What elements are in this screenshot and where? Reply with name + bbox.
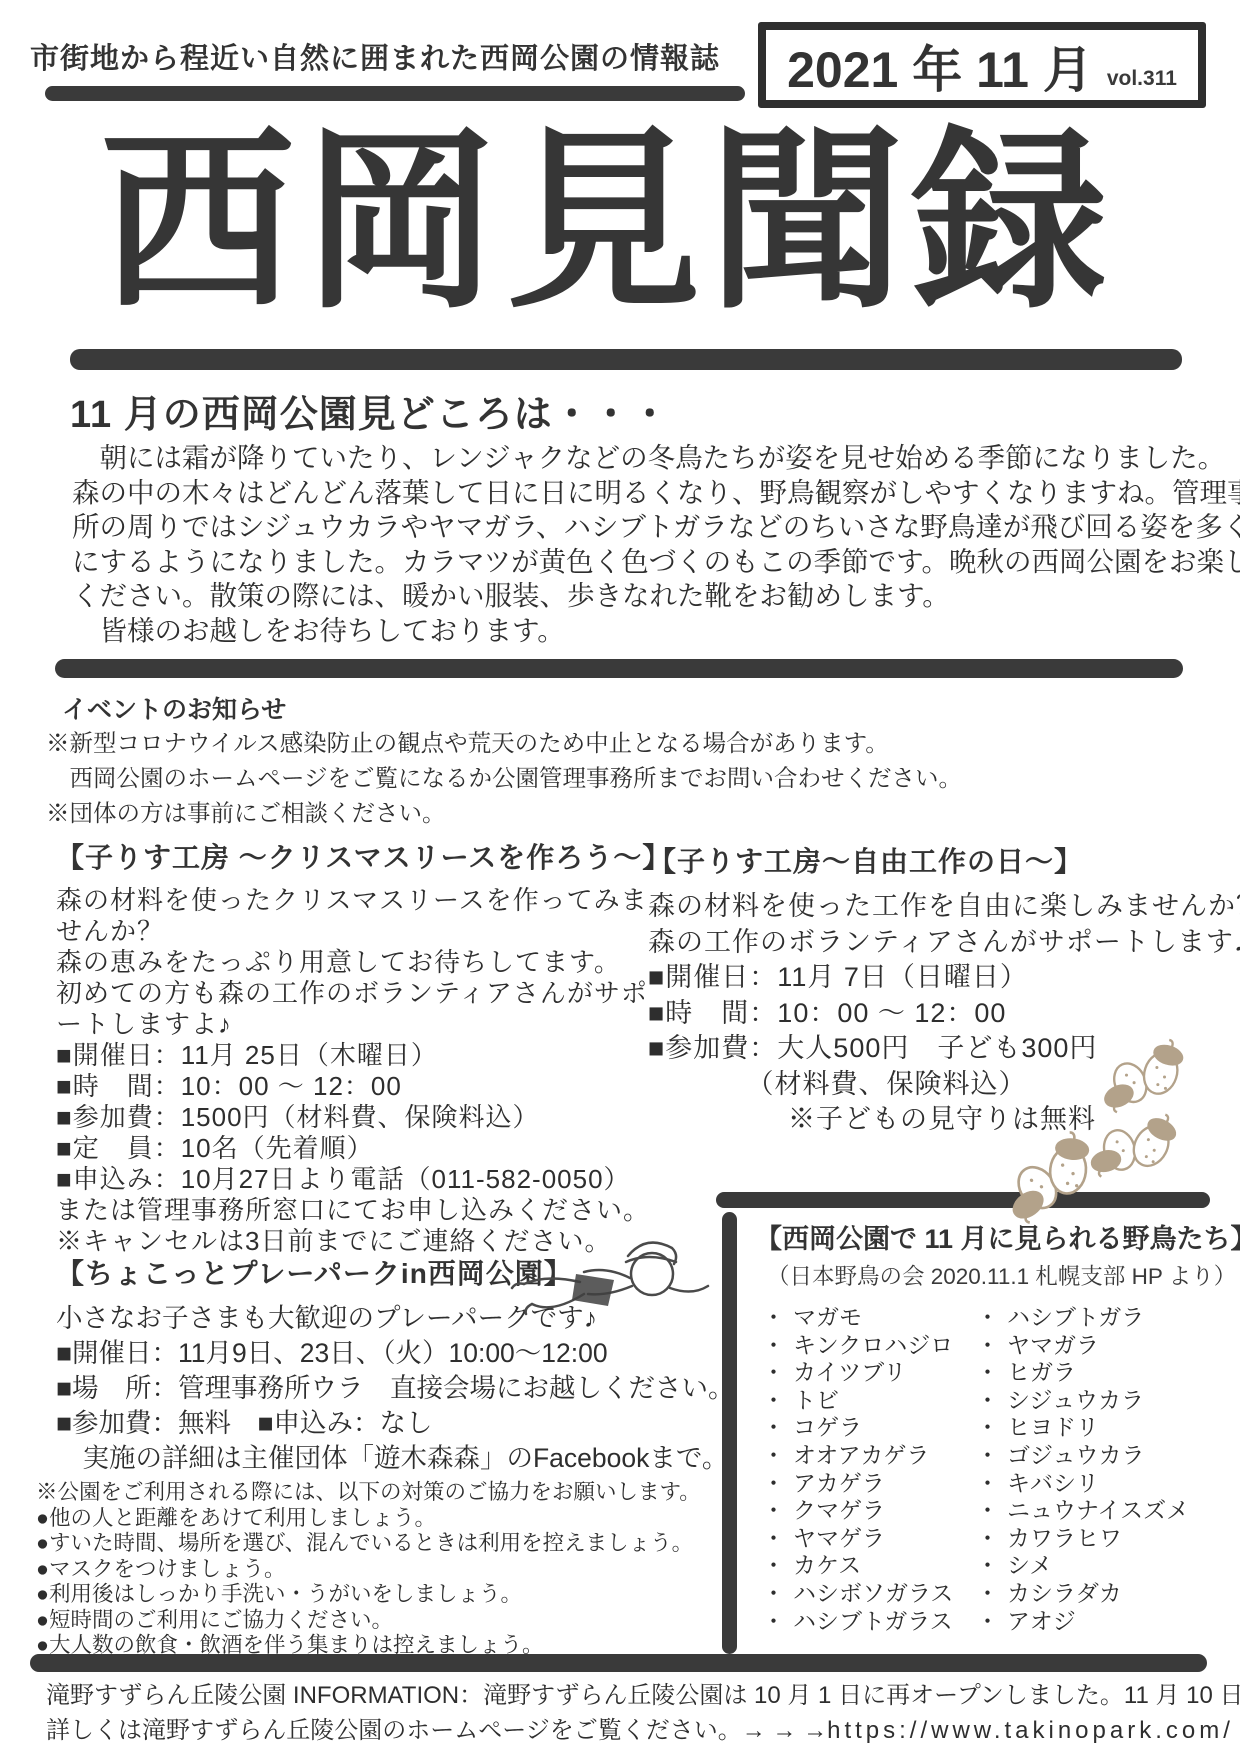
bullet-icon: ・ bbox=[762, 1332, 785, 1358]
bullet-icon: ・ bbox=[762, 1442, 785, 1468]
bullet-icon: ・ bbox=[762, 1608, 785, 1634]
event-detail-line: ■時 間：10：00 ～ 12：00 bbox=[648, 996, 1238, 1032]
bird-name: カシラダカ bbox=[1007, 1580, 1122, 1606]
events-notice-notes: ※新型コロナウイルス感染防止の観点や荒天のため中止となる場合があります。 西岡公… bbox=[46, 726, 962, 831]
bullet-icon: ・ bbox=[762, 1497, 785, 1523]
tagline-underline-rule bbox=[45, 86, 745, 101]
bird-column-left: ・マガモ ・キンクロハジロ ・カイツブリ ・トビ ・コゲラ ・オオアカゲラ ・ア… bbox=[762, 1304, 976, 1635]
bullet-icon: ・ bbox=[976, 1332, 999, 1358]
bird-name: ヤマガラ bbox=[1007, 1332, 1099, 1358]
bullet-icon: ・ bbox=[976, 1304, 999, 1330]
bird-list-item: ・クマゲラ bbox=[762, 1497, 976, 1525]
bird-list-item: ・カイツブリ bbox=[762, 1359, 976, 1387]
park-guideline-item: ●短時間のご利用にご協力ください。 bbox=[36, 1608, 656, 1634]
footer-info-line: 滝野すずらん丘陵公園 INFORMATION：滝野すずらん丘陵公園は 10 月 … bbox=[46, 1678, 1216, 1713]
bird-list-item: ・ヤマゲラ bbox=[762, 1525, 976, 1553]
bird-name: アオジ bbox=[1007, 1608, 1076, 1634]
bird-list-item: ・キンクロハジロ bbox=[762, 1332, 976, 1360]
highlights-line: にするようになりました。カラマツが黄色く色づくのもこの季節です。晩秋の西岡公園を… bbox=[72, 545, 1202, 580]
event-detail-line: ■開催日：11月 25日（木曜日） bbox=[56, 1040, 616, 1071]
bird-list-item: ・ハシボソガラス bbox=[762, 1580, 976, 1608]
bird-name: カケス bbox=[793, 1552, 861, 1578]
bird-name: コゲラ bbox=[793, 1414, 862, 1440]
bird-list-item: ・ハシブトガラス bbox=[762, 1608, 976, 1636]
bullet-icon: ・ bbox=[762, 1470, 785, 1496]
bird-name: ゴジュウカラ bbox=[1007, 1442, 1145, 1468]
footer-information: 滝野すずらん丘陵公園 INFORMATION：滝野すずらん丘陵公園は 10 月 … bbox=[46, 1678, 1216, 1748]
bird-name: カワラヒワ bbox=[1007, 1525, 1122, 1551]
bird-box-title: 【西岡公園で 11 月に見られる野鳥たち】 bbox=[755, 1222, 1225, 1256]
events-notice-heading: イベントのお知らせ bbox=[62, 690, 286, 726]
event-detail-line: ■場 所：管理事務所ウラ 直接会場にお越しください。 bbox=[56, 1371, 676, 1406]
bird-list-item: ・アオジ bbox=[976, 1608, 1206, 1636]
event-detail-line: ■開催日：11月9日、23日、（火）10:00～12:00 bbox=[56, 1336, 676, 1371]
event-detail-line: ■定 員：10名（先着順） bbox=[56, 1133, 616, 1164]
event-detail-line: ■参加費：無料 ■申込み：なし bbox=[56, 1406, 676, 1441]
bullet-icon: ・ bbox=[976, 1470, 999, 1496]
bird-name: アカゲラ bbox=[793, 1470, 885, 1496]
bird-list-item: ・シジュウカラ bbox=[976, 1387, 1206, 1415]
event-detail-line: 森の材料を使ったクリスマスリースを作ってみま bbox=[56, 885, 616, 916]
bird-list-item: ・オオアカゲラ bbox=[762, 1442, 976, 1470]
park-guidelines-intro: ※公園をご利用される際には、以下の対策のご協力をお願いします。 bbox=[36, 1480, 656, 1506]
bird-list-item: ・ヒガラ bbox=[976, 1359, 1206, 1387]
highlights-line: 所の周りではシジュウカラやヤマガラ、ハシブトガラなどのちいさな野鳥達が飛び回る姿… bbox=[72, 510, 1202, 545]
event-detail-line: ■開催日：11月 7日（日曜日） bbox=[648, 960, 1238, 996]
highlights-paragraph: 朝には霜が降りていたり、レンジャクなどの冬鳥たちが姿を見せ始める季節になりました… bbox=[72, 441, 1202, 648]
bird-name: カイツブリ bbox=[793, 1359, 906, 1385]
event-detail-line: ートしますよ♪ bbox=[56, 1009, 616, 1040]
bird-list-item: ・ヒヨドリ bbox=[976, 1414, 1206, 1442]
bird-name: ニュウナイスズメ bbox=[1007, 1497, 1189, 1523]
bird-name: ハシブトガラス bbox=[793, 1608, 953, 1634]
highlights-heading: 11 月の西岡公園見どころは・・・ bbox=[70, 383, 670, 438]
bullet-icon: ・ bbox=[976, 1497, 999, 1523]
bullet-icon: ・ bbox=[762, 1414, 785, 1440]
park-guideline-item: ●他の人と距離をあけて利用しましょう。 bbox=[36, 1506, 656, 1532]
event-detail-line: 実施の詳細は主催団体「遊木森森」のFacebookまで。 bbox=[56, 1441, 676, 1476]
bird-name: ヒガラ bbox=[1007, 1359, 1076, 1385]
event-wreath-workshop: 【子りす工房 ～クリスマスリースを作ろう～】 森の材料を使ったクリスマスリースを… bbox=[56, 836, 616, 1257]
bullet-icon: ・ bbox=[976, 1414, 999, 1440]
events-notice-line: 西岡公園のホームページをご覧になるか公園管理事務所までお問い合わせください。 bbox=[46, 761, 962, 796]
bullet-icon: ・ bbox=[762, 1359, 785, 1385]
bird-list-item: ・ゴジュウカラ bbox=[976, 1442, 1206, 1470]
event-wreath-details: 森の材料を使ったクリスマスリースを作ってみませんか？森の恵みをたっぷり用意してお… bbox=[56, 885, 616, 1257]
bird-name: キンクロハジロ bbox=[793, 1332, 953, 1358]
issue-date: 2021 年 11 月 bbox=[787, 45, 1093, 95]
event-detail-line: ■申込み：10月27日より電話（011-582-0050） bbox=[56, 1164, 616, 1195]
acorn-illustration bbox=[992, 1125, 1113, 1231]
bullet-icon: ・ bbox=[762, 1304, 785, 1330]
bird-list-item: ・シメ bbox=[976, 1552, 1206, 1580]
bird-list-item: ・マガモ bbox=[762, 1304, 976, 1332]
bird-name: クマゲラ bbox=[793, 1497, 885, 1523]
park-guideline-item: ●利用後はしっかり手洗い・うがいをしましょう。 bbox=[36, 1582, 656, 1608]
section-divider-rule bbox=[55, 659, 1183, 678]
bullet-icon: ・ bbox=[976, 1525, 999, 1551]
bird-list-item: ・カワラヒワ bbox=[976, 1525, 1206, 1553]
bird-columns: ・マガモ ・キンクロハジロ ・カイツブリ ・トビ ・コゲラ ・オオアカゲラ ・ア… bbox=[762, 1304, 1225, 1635]
newsletter-title: 西岡見聞録 bbox=[100, 112, 1160, 330]
event-detail-line: 森の恵みをたっぷり用意してお待ちしてます。 bbox=[56, 947, 616, 978]
bird-name: ハシボソガラス bbox=[793, 1580, 953, 1606]
bullet-icon: ・ bbox=[976, 1580, 999, 1606]
events-notice-line: ※新型コロナウイルス感染防止の観点や荒天のため中止となる場合があります。 bbox=[46, 726, 962, 761]
bullet-icon: ・ bbox=[976, 1387, 999, 1413]
event-wreath-title: 【子りす工房 ～クリスマスリースを作ろう～】 bbox=[56, 836, 616, 876]
bullet-icon: ・ bbox=[762, 1552, 785, 1578]
footer-url: https://www.takinopark.com/ bbox=[827, 1717, 1234, 1744]
bird-name: ヒヨドリ bbox=[1007, 1414, 1099, 1440]
bird-name: シメ bbox=[1007, 1552, 1052, 1578]
event-detail-line: ■時 間：10：00 ～ 12：00 bbox=[56, 1071, 616, 1102]
events-notice-line: ※団体の方は事前にご相談ください。 bbox=[46, 796, 962, 831]
footer-link-line: 詳しくは滝野すずらん丘陵公園のホームページをご覧ください。→ → →https:… bbox=[46, 1713, 1216, 1748]
highlights-line: 朝には霜が降りていたり、レンジャクなどの冬鳥たちが姿を見せ始める季節になりました… bbox=[72, 441, 1202, 476]
park-guideline-item: ●マスクをつけましょう。 bbox=[36, 1557, 656, 1583]
bird-name: マガモ bbox=[793, 1304, 862, 1330]
event-detail-line: 初めての方も森の工作のボランティアさんがサポ bbox=[56, 978, 616, 1009]
footer-divider-rule bbox=[30, 1654, 1207, 1672]
footer-link-text: 詳しくは滝野すずらん丘陵公園のホームページをご覧ください。→ → → bbox=[46, 1717, 827, 1744]
park-guidelines: ※公園をご利用される際には、以下の対策のご協力をお願いします。 ●他の人と距離を… bbox=[36, 1480, 656, 1659]
bird-name: オオアカゲラ bbox=[793, 1442, 929, 1468]
bird-list-item: ・トビ bbox=[762, 1387, 976, 1415]
bullet-icon: ・ bbox=[762, 1580, 785, 1606]
bird-list-item: ・カケス bbox=[762, 1552, 976, 1580]
event-detail-line: せんか？ bbox=[56, 916, 616, 947]
bird-list-item: ・コゲラ bbox=[762, 1414, 976, 1442]
highlights-line: ください。散策の際には、暖かい服装、歩きなれた靴をお勧めします。 bbox=[72, 579, 1202, 614]
bird-name: ヤマゲラ bbox=[793, 1525, 885, 1551]
park-guidelines-list: ●他の人と距離をあけて利用しましょう。●すいた時間、場所を選び、混んでいるときは… bbox=[36, 1506, 656, 1659]
bird-column-right: ・ハシブトガラ ・ヤマガラ ・ヒガラ ・シジュウカラ ・ヒヨドリ ・ゴジュウカラ… bbox=[976, 1304, 1206, 1635]
issue-volume: vol.311 bbox=[1107, 68, 1177, 95]
park-guideline-item: ●すいた時間、場所を選び、混んでいるときは利用を控えましょう。 bbox=[36, 1531, 656, 1557]
bird-name: シジュウカラ bbox=[1007, 1387, 1144, 1413]
bird-list-item: ・ハシブトガラ bbox=[976, 1304, 1206, 1332]
event-detail-line: ■参加費：1500円（材料費、保険料込） bbox=[56, 1102, 616, 1133]
bird-list-box: 【西岡公園で 11 月に見られる野鳥たち】 （日本野鳥の会 2020.11.1 … bbox=[755, 1222, 1225, 1635]
event-detail-line: 森の工作のボランティアさんがサポートします♪ bbox=[648, 925, 1238, 961]
title-underline-rule bbox=[70, 349, 1182, 370]
bird-box-top-rule bbox=[716, 1192, 1210, 1208]
bullet-icon: ・ bbox=[976, 1608, 999, 1634]
bullet-icon: ・ bbox=[976, 1552, 999, 1578]
flying-child-illustration bbox=[480, 1222, 710, 1337]
bullet-icon: ・ bbox=[976, 1359, 999, 1385]
header-tagline: 市街地から程近い自然に囲まれた西岡公園の情報誌 bbox=[30, 36, 720, 77]
bullet-icon: ・ bbox=[976, 1442, 999, 1468]
bird-name: ハシブトガラ bbox=[1007, 1304, 1144, 1330]
bird-box-left-rule bbox=[722, 1212, 737, 1654]
bullet-icon: ・ bbox=[762, 1525, 785, 1551]
bird-list-item: ・アカゲラ bbox=[762, 1470, 976, 1498]
bird-list-item: ・ニュウナイスズメ bbox=[976, 1497, 1206, 1525]
event-free-craft-title: 【子りす工房～自由工作の日～】 bbox=[648, 840, 1238, 880]
bird-name: キバシリ bbox=[1007, 1470, 1099, 1496]
bird-list-item: ・キバシリ bbox=[976, 1470, 1206, 1498]
bird-name: トビ bbox=[793, 1387, 839, 1413]
issue-date-box: 2021 年 11 月 vol.311 bbox=[758, 22, 1206, 108]
bullet-icon: ・ bbox=[762, 1387, 785, 1413]
event-detail-line: 森の材料を使った工作を自由に楽しみませんか？ bbox=[648, 889, 1238, 925]
bird-list-item: ・ヤマガラ bbox=[976, 1332, 1206, 1360]
bird-box-source: （日本野鳥の会 2020.11.1 札幌支部 HP より） bbox=[767, 1262, 1225, 1292]
highlights-line: 森の中の木々はどんどん落葉して日に日に明るくなり、野鳥観察がしやすくなりますね。… bbox=[72, 476, 1202, 511]
highlights-line: 皆様のお越しをお待ちしております。 bbox=[72, 614, 1202, 649]
bird-list-item: ・カシラダカ bbox=[976, 1580, 1206, 1608]
